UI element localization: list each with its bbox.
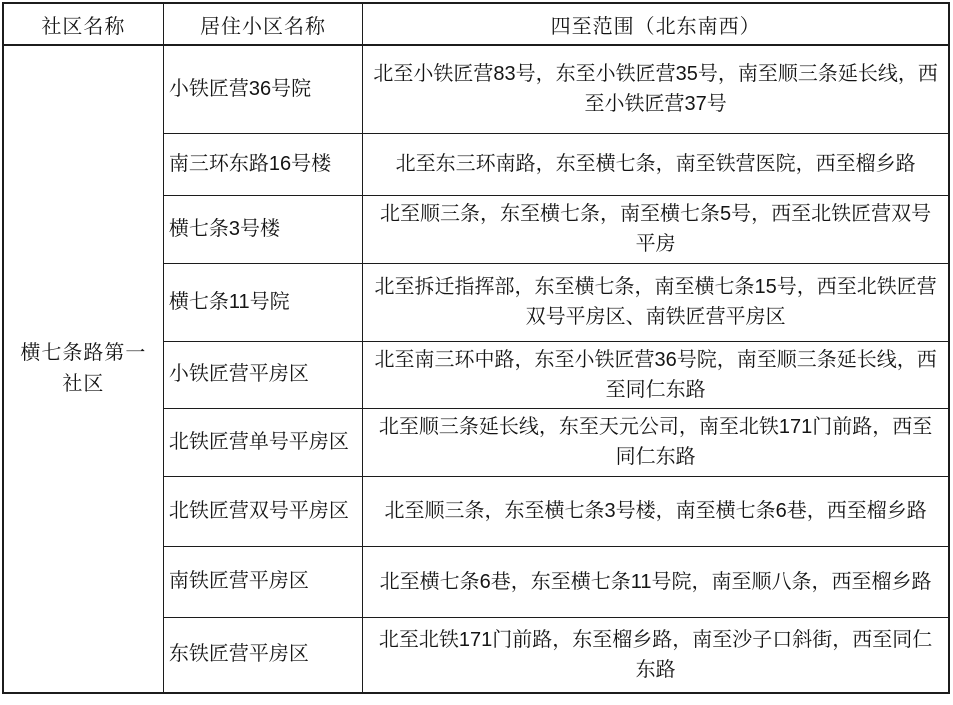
boundary-range-cell: 北至拆迁指挥部，东至横七条，南至横七条15号，西至北铁匠营双号平房区、南铁匠营平… [363,263,949,341]
subdistrict-name-cell: 横七条11号院 [163,263,362,341]
boundary-range-cell: 北至顺三条延长线，东至天元公司，南至北铁171门前路，西至同仁东路 [363,408,949,476]
boundary-range-cell: 北至顺三条，东至横七条3号楼，南至横七条6巷，西至榴乡路 [363,476,949,546]
community-name-cell: 横七条路第一社区 [3,45,163,693]
subdistrict-name-cell: 南铁匠营平房区 [163,546,362,617]
subdistrict-name-cell: 横七条3号楼 [163,195,362,263]
boundary-range-cell: 北至顺三条，东至横七条，南至横七条5号，西至北铁匠营双号平房 [363,195,949,263]
community-boundary-table: 社区名称 居住小区名称 四至范围（北东南西） 横七条路第一社区 小铁匠营36号院… [2,2,950,694]
boundary-range-cell: 北至小铁匠营83号，东至小铁匠营35号，南至顺三条延长线，西至小铁匠营37号 [363,45,949,133]
subdistrict-name-cell: 小铁匠营36号院 [163,45,362,133]
header-row: 社区名称 居住小区名称 四至范围（北东南西） [3,3,949,45]
table-row: 横七条路第一社区 小铁匠营36号院 北至小铁匠营83号，东至小铁匠营35号，南至… [3,45,949,133]
subdistrict-name-cell: 南三环东路16号楼 [163,133,362,195]
header-boundary-range: 四至范围（北东南西） [363,3,949,45]
boundary-range-cell: 北至东三环南路，东至横七条，南至铁营医院，西至榴乡路 [363,133,949,195]
header-community-name: 社区名称 [3,3,163,45]
subdistrict-name-cell: 北铁匠营单号平房区 [163,408,362,476]
subdistrict-name-cell: 小铁匠营平房区 [163,341,362,408]
subdistrict-name-cell: 北铁匠营双号平房区 [163,476,362,546]
page: 社区名称 居住小区名称 四至范围（北东南西） 横七条路第一社区 小铁匠营36号院… [0,0,953,705]
header-subdistrict-name: 居住小区名称 [163,3,362,45]
boundary-range-cell: 北至南三环中路，东至小铁匠营36号院，南至顺三条延长线，西至同仁东路 [363,341,949,408]
boundary-range-cell: 北至北铁171门前路，东至榴乡路，南至沙子口斜街，西至同仁东路 [363,617,949,693]
subdistrict-name-cell: 东铁匠营平房区 [163,617,362,693]
boundary-range-cell: 北至横七条6巷，东至横七条11号院，南至顺八条，西至榴乡路 [363,546,949,617]
